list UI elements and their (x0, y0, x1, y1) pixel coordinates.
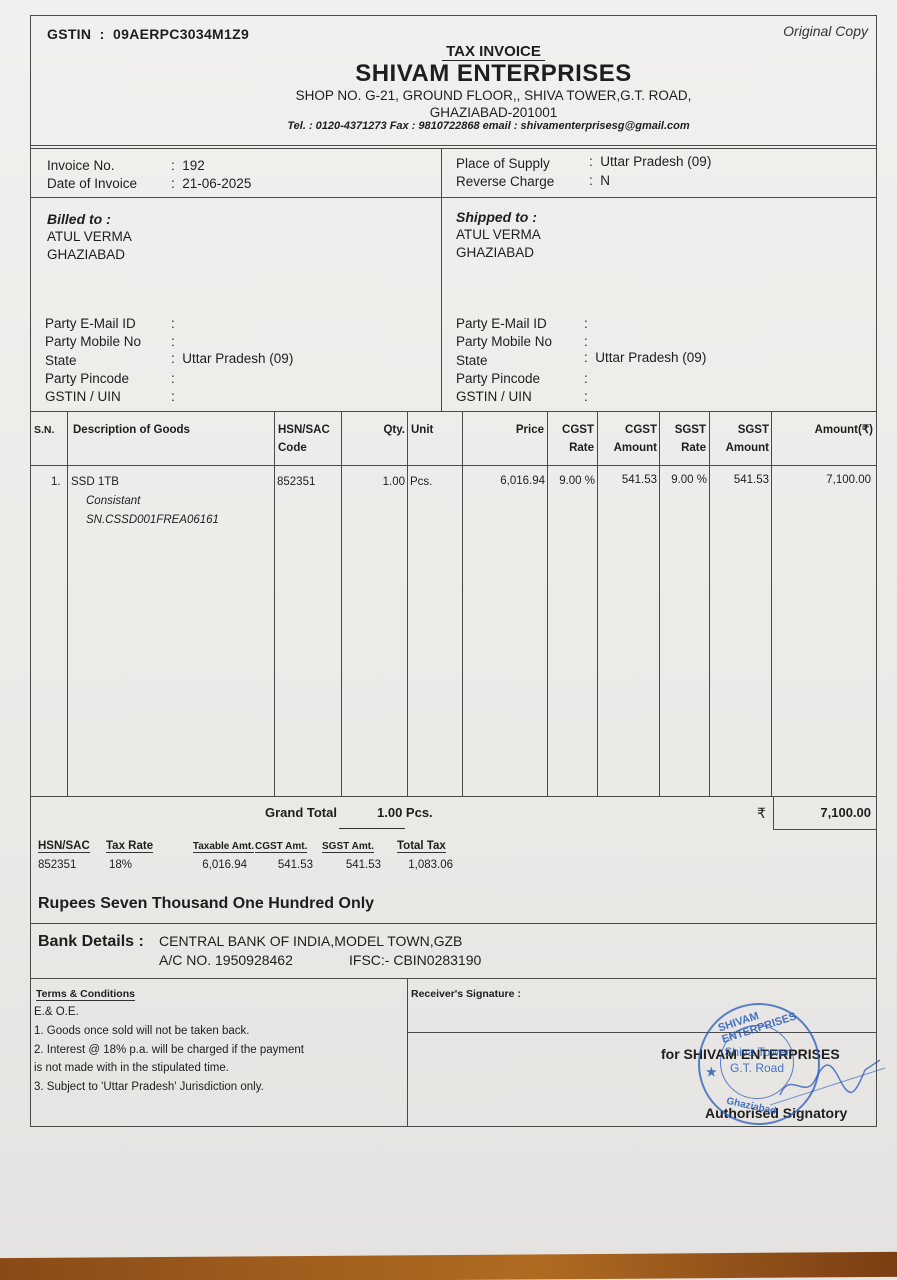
sum-col-cgst-text: CGST Amt. (255, 841, 307, 853)
row-description: SSD 1TB (71, 476, 119, 488)
col-sgst-amount: SGST Amount (713, 421, 769, 457)
grand-total-label: Grand Total (265, 805, 337, 820)
sum-hsn: 852351 (38, 859, 76, 871)
row-price: 6,016.94 (464, 475, 545, 487)
sum-taxable: 6,016.94 (169, 859, 247, 871)
row-unit: Pcs. (410, 476, 432, 488)
seller-gstin: GSTIN : 09AERPC3034M1Z9 (47, 26, 249, 42)
reverse-charge-label: Reverse Charge (456, 174, 554, 189)
terms-line-0: E.& O.E. (34, 1006, 79, 1018)
shipped-mobile-value: : (584, 334, 592, 349)
firm-address-line1: SHOP NO. G-21, GROUND FLOOR,, SHIVA TOWE… (31, 88, 876, 103)
row-cgst-amount: 541.53 (599, 474, 657, 486)
row-brand: Consistant (86, 495, 140, 507)
sum-col-total-text: Total Tax (397, 840, 446, 853)
billed-to-heading: Billed to : (47, 211, 111, 227)
col-sn: S.N. (34, 421, 54, 439)
document-title: TAX INVOICE (31, 43, 876, 60)
invoice-date-label: Date of Invoice (47, 176, 137, 191)
col-cgst-rate: CGST Rate (549, 421, 594, 457)
row-amount: 7,100.00 (773, 474, 871, 486)
invoice-number: 192 (182, 158, 205, 173)
billed-pincode-label: Party Pincode (45, 371, 129, 386)
invoice-frame: GSTIN : 09AERPC3034M1Z9 Original Copy TA… (30, 15, 877, 1127)
place-of-supply-label: Place of Supply (456, 156, 550, 171)
terms-line-1: 1. Goods once sold will not be taken bac… (34, 1025, 249, 1037)
bank-account: A/C NO. 1950928462 (159, 952, 293, 968)
shipped-email-value: : (584, 316, 592, 331)
row-cgst-rate: 9.00 % (549, 475, 595, 487)
star-icon: ★ (706, 1065, 717, 1079)
amount-in-words: Rupees Seven Thousand One Hundred Only (38, 895, 374, 913)
bank-name: CENTRAL BANK OF INDIA,MODEL TOWN,GZB (159, 933, 462, 949)
row-qty: 1.00 (343, 476, 405, 488)
qty-underline (339, 828, 405, 829)
row-sn: 1. (51, 476, 61, 488)
shipped-pincode-label: Party Pincode (456, 371, 540, 386)
invoice-date: 21-06-2025 (182, 176, 251, 191)
firm-address-line2: GHAZIABAD-201001 (31, 105, 876, 120)
invoice-no-label: Invoice No. (47, 158, 115, 173)
sum-col-sgst: SGST Amt. (322, 841, 374, 852)
total-box-bottom (773, 829, 876, 830)
row-hsn: 852351 (277, 476, 315, 488)
sum-col-hsn: HSN/SAC (38, 840, 90, 852)
col-hsn: HSN/SAC Code (278, 421, 338, 457)
shipped-to-city: GHAZIABAD (456, 245, 534, 260)
gstin-value: 09AERPC3034M1Z9 (113, 26, 249, 42)
reverse-charge-value: : N (589, 173, 610, 188)
row-serial: SN.CSSD001FREA06161 (86, 514, 219, 526)
col-sgst-rate: SGST Rate (661, 421, 706, 457)
col-amount: Amount(₹) (773, 421, 873, 439)
copy-type: Original Copy (783, 23, 868, 39)
grand-total-amount: 7,100.00 (775, 805, 871, 820)
sum-col-taxable-text: Taxable Amt. (193, 841, 254, 853)
billed-state-label: State (45, 353, 77, 368)
shipped-gstin-value: : (584, 389, 592, 404)
row-sgst-rate: 9.00 % (661, 474, 707, 486)
terms-line-4: 3. Subject to 'Uttar Pradesh' Jurisdicti… (34, 1081, 264, 1093)
sum-sgst: 541.53 (319, 859, 381, 871)
terms-line-3: is not made with in the stipulated time. (34, 1062, 229, 1074)
billed-email-label: Party E-Mail ID (45, 316, 136, 331)
billed-state: Uttar Pradesh (09) (182, 351, 293, 366)
row-sgst-amount: 541.53 (711, 474, 769, 486)
sum-rate: 18% (109, 859, 132, 871)
bank-label: Bank Details : (38, 933, 144, 951)
document-title-text: TAX INVOICE (442, 43, 545, 61)
receiver-signature-label: Receiver's Signature : (411, 988, 521, 1000)
shipped-state-label: State (456, 353, 488, 368)
reverse-charge: N (600, 173, 610, 188)
grand-total-qty: 1.00 Pcs. (377, 805, 433, 820)
bank-ifsc: IFSC:- CBIN0283190 (349, 952, 481, 968)
billed-gstin-label: GSTIN / UIN (45, 389, 121, 404)
col-description: Description of Goods (73, 421, 190, 439)
invoice-no-value: : 192 (171, 158, 205, 173)
billed-to-city: GHAZIABAD (47, 247, 125, 262)
shipped-state-value: : Uttar Pradesh (09) (584, 350, 706, 365)
billed-email-value: : (171, 316, 179, 331)
shipped-pincode-value: : (584, 371, 592, 386)
sum-total-tax: 1,083.06 (387, 859, 453, 871)
col-unit: Unit (411, 421, 433, 439)
shipped-mobile-label: Party Mobile No (456, 334, 552, 349)
billed-to-name: ATUL VERMA (47, 229, 132, 244)
shipped-email-label: Party E-Mail ID (456, 316, 547, 331)
col-cgst-amount: CGST Amount (599, 421, 657, 457)
billed-gstin-value: : (171, 389, 179, 404)
terms-line-2: 2. Interest @ 18% p.a. will be charged i… (34, 1044, 304, 1056)
sum-col-hsn-text: HSN/SAC (38, 840, 90, 853)
billed-mobile-value: : (171, 334, 179, 349)
sum-cgst: 541.53 (251, 859, 313, 871)
shipped-gstin-label: GSTIN / UIN (456, 389, 532, 404)
invoice-date-value: : 21-06-2025 (171, 176, 251, 191)
sum-col-taxable: Taxable Amt. (169, 841, 254, 852)
firm-name: SHIVAM ENTERPRISES (31, 60, 876, 88)
sum-col-rate-text: Tax Rate (106, 840, 153, 853)
shipped-state: Uttar Pradesh (09) (595, 350, 706, 365)
gstin-label: GSTIN (47, 26, 91, 42)
place-of-supply: Uttar Pradesh (09) (600, 154, 711, 169)
shipped-to-name: ATUL VERMA (456, 227, 541, 242)
sum-col-rate: Tax Rate (106, 840, 153, 852)
rupee-icon: ₹ (757, 805, 766, 822)
signature-scribble (770, 1050, 890, 1110)
col-qty: Qty. (343, 421, 405, 439)
col-price: Price (464, 421, 544, 439)
sum-col-sgst-text: SGST Amt. (322, 841, 374, 853)
shipped-to-heading: Shipped to : (456, 209, 537, 225)
place-of-supply-value: : Uttar Pradesh (09) (589, 154, 711, 169)
billed-mobile-label: Party Mobile No (45, 334, 141, 349)
firm-contact: Tel. : 0120-4371273 Fax : 9810722868 ema… (31, 120, 876, 132)
sum-col-total: Total Tax (397, 840, 446, 852)
billed-pincode-value: : (171, 371, 179, 386)
terms-heading: Terms & Conditions (36, 988, 135, 1001)
billed-state-value: : Uttar Pradesh (09) (171, 351, 293, 366)
sum-col-cgst: CGST Amt. (255, 841, 307, 852)
